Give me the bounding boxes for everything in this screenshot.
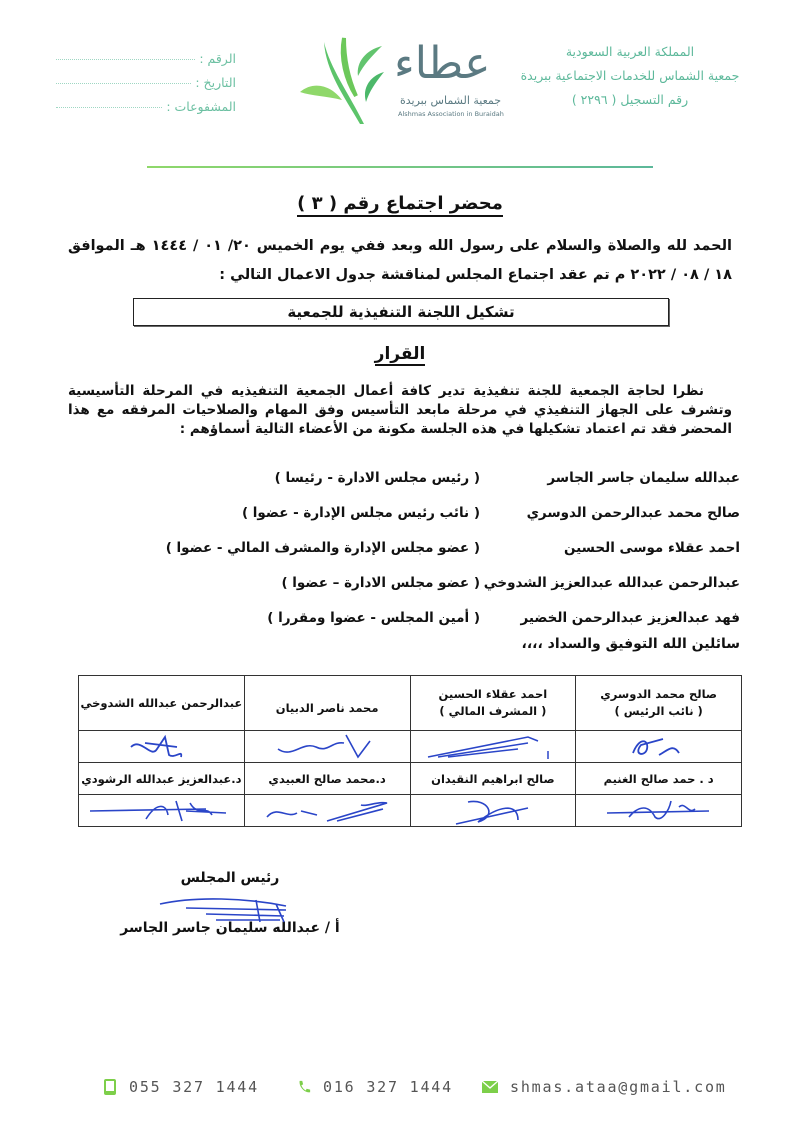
signature-cell — [244, 795, 410, 827]
logo-wordmark: عطاء — [394, 38, 490, 89]
leaf-logo-icon — [296, 32, 396, 128]
handwritten-signature-icon — [257, 797, 397, 825]
date-field-line — [56, 82, 191, 84]
header-divider — [147, 166, 653, 168]
signatory-names-row: صالح محمد الدوسري( نائب الرئيس ) احمد عق… — [79, 676, 742, 731]
telephone-icon — [297, 1079, 311, 1095]
signature-cell — [410, 795, 576, 827]
phone-number: 016 327 1444 — [323, 1078, 453, 1096]
decision-heading: القرار — [0, 344, 800, 364]
handwritten-signature-icon — [418, 733, 568, 761]
phone-contact: 016 327 1444 — [297, 1078, 453, 1096]
mobile-number: 055 327 1444 — [129, 1078, 259, 1096]
agenda-item-box: تشكيل اللجنة التنفيذية للجمعية — [133, 298, 669, 326]
number-label: الرقم : — [199, 51, 236, 66]
signatures-table: صالح محمد الدوسري( نائب الرئيس ) احمد عق… — [78, 675, 742, 827]
attachments-label: المشفوعات : — [166, 99, 236, 114]
handwritten-signature-icon — [156, 892, 306, 926]
signatory-cell: محمد ناصر الدبيان — [244, 676, 410, 731]
letterhead-org-info: المملكة العربية السعودية جمعية الشماس لل… — [520, 40, 740, 112]
registration-number: رقم التسجيل ( ٢٢٩٦ ) — [520, 88, 740, 112]
member-row: عبدالرحمن عبدالله عبدالعزيز الشدوخي( عضو… — [100, 565, 740, 600]
logo-english-name: Alshmas Association in Buraidah — [398, 110, 504, 118]
decision-paragraph: نظرا لحاجة الجمعية للجنة تنفيذية تدير كا… — [68, 382, 732, 439]
chairman-signature-block: رئيس المجلس أ / عبدالله سليمان جاسر الجا… — [120, 870, 340, 936]
signatory-names-row: د . حمد صالح الغنيم صالح ابراهيم النقيدا… — [79, 763, 742, 795]
handwritten-signature-icon — [619, 733, 699, 761]
member-row: فهد عبدالعزيز عبدالرحمن الخضير( أمين الم… — [100, 600, 740, 635]
signature-cell — [576, 795, 742, 827]
signature-cell — [410, 731, 576, 763]
signature-cell — [244, 731, 410, 763]
email-address[interactable]: shmas.ataa@gmail.com — [510, 1078, 727, 1096]
contact-footer: 055 327 1444 016 327 1444 shmas.ataa@gma… — [0, 1078, 800, 1102]
envelope-icon — [482, 1081, 498, 1093]
association-logo: عطاء جمعية الشماس ببريدة Alshmas Associa… — [296, 32, 516, 124]
intro-paragraph: الحمد لله والصلاة والسلام على رسول الله … — [68, 232, 732, 290]
email-contact[interactable]: shmas.ataa@gmail.com — [482, 1078, 727, 1096]
document-title: محضر اجتماع رقم ( ٣ ) — [0, 193, 800, 214]
country-name: المملكة العربية السعودية — [520, 40, 740, 64]
mobile-phone-icon — [103, 1079, 117, 1095]
signatory-cell: احمد عقلاء الحسين( المشرف المالي ) — [410, 676, 576, 731]
closing-line: سائلين الله التوفيق والسداد ،،،، — [522, 636, 740, 652]
signature-row — [79, 731, 742, 763]
number-field-line — [56, 58, 195, 60]
handwritten-signature-icon — [86, 797, 236, 825]
signatory-cell: د.محمد صالح العبيدي — [244, 763, 410, 795]
association-name: جمعية الشماس للخدمات الاجتماعية ببريدة — [520, 64, 740, 88]
members-list: عبدالله سليمان جاسر الجاسر( رئيس مجلس ال… — [100, 460, 740, 635]
signatory-cell: صالح ابراهيم النقيدان — [410, 763, 576, 795]
logo-arabic-name: جمعية الشماس ببريدة — [400, 94, 501, 107]
signature-cell — [576, 731, 742, 763]
member-row: احمد عقلاء موسى الحسين( عضو مجلس الإدارة… — [100, 530, 740, 565]
signature-row — [79, 795, 742, 827]
attachments-field-line — [56, 106, 162, 108]
handwritten-signature-icon — [121, 733, 201, 761]
signature-cell — [79, 731, 245, 763]
mobile-contact: 055 327 1444 — [103, 1078, 259, 1096]
handwritten-signature-icon — [448, 796, 538, 826]
member-row: عبدالله سليمان جاسر الجاسر( رئيس مجلس ال… — [100, 460, 740, 495]
signatory-cell: د.عبدالعزيز عبدالله الرشودي — [79, 763, 245, 795]
handwritten-signature-icon — [599, 797, 719, 825]
date-label: التاريخ : — [195, 75, 236, 90]
chairman-title: رئيس المجلس — [120, 870, 340, 886]
handwritten-signature-icon — [272, 733, 382, 761]
letter-reference-fields: الرقم : التاريخ : المشفوعات : — [56, 42, 236, 114]
signatory-cell: صالح محمد الدوسري( نائب الرئيس ) — [576, 676, 742, 731]
signatory-cell: عبدالرحمن عبدالله الشدوخي — [79, 676, 245, 731]
member-row: صالح محمد عبدالرحمن الدوسري( نائب رئيس م… — [100, 495, 740, 530]
signature-cell — [79, 795, 245, 827]
signatory-cell: د . حمد صالح الغنيم — [576, 763, 742, 795]
